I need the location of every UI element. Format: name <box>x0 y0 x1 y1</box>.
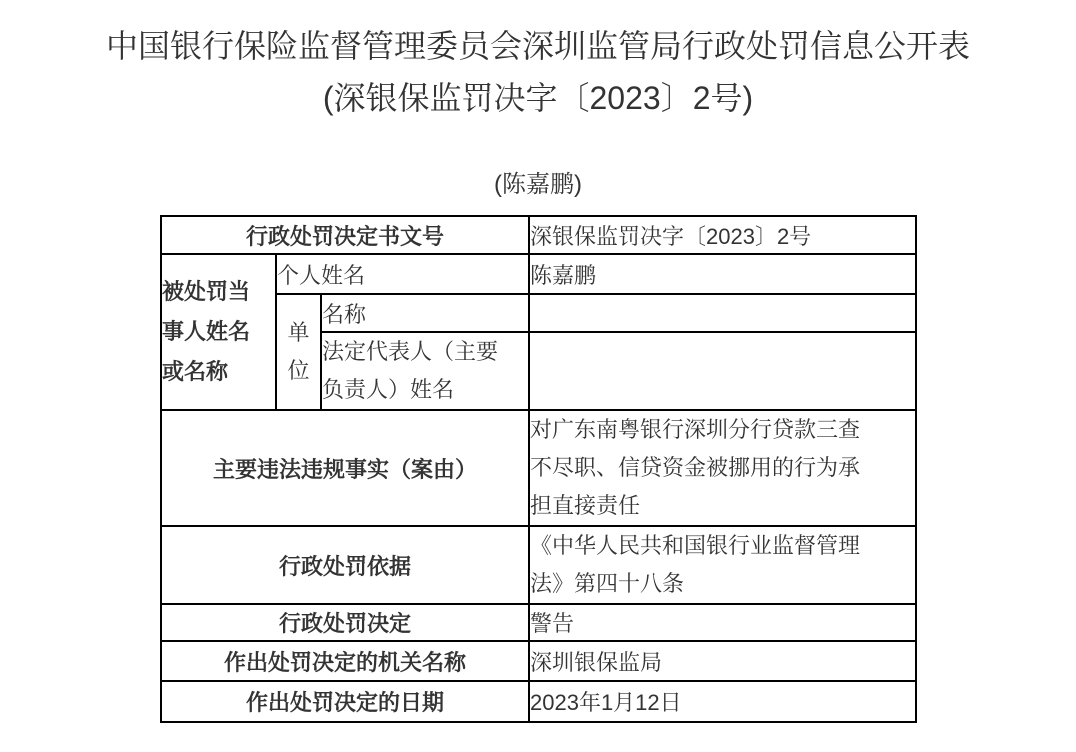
unit-name-label: 名称 <box>321 294 529 332</box>
document-title: 中国银行保险监督管理委员会深圳监管局行政处罚信息公开表 (深银保监罚决字〔202… <box>0 0 1076 124</box>
basis-label: 行政处罚依据 <box>161 526 529 604</box>
row-doc-number: 行政处罚决定书文号 深银保监罚决字〔2023〕2号 <box>161 216 916 254</box>
row-authority: 作出处罚决定的机关名称 深圳银保监局 <box>161 641 916 681</box>
decision-label: 行政处罚决定 <box>161 604 529 641</box>
decision-value: 警告 <box>529 604 916 641</box>
date-value: 2023年1月12日 <box>529 681 916 722</box>
party-label: 被处罚当 事人姓名 或名称 <box>161 254 276 410</box>
authority-label: 作出处罚决定的机关名称 <box>161 641 529 681</box>
penalty-table: 行政处罚决定书文号 深银保监罚决字〔2023〕2号 被处罚当 事人姓名 或名称 … <box>160 215 917 723</box>
basis-value: 《中华人民共和国银行业监督管理 法》第四十八条 <box>529 526 916 604</box>
date-label: 作出处罚决定的日期 <box>161 681 529 722</box>
personal-name-label: 个人姓名 <box>276 254 529 294</box>
authority-value: 深圳银保监局 <box>529 641 916 681</box>
unit-label: 单 位 <box>276 294 321 410</box>
document-title-line1: 中国银行保险监督管理委员会深圳监管局行政处罚信息公开表 <box>0 20 1076 72</box>
row-decision: 行政处罚决定 警告 <box>161 604 916 641</box>
row-basis: 行政处罚依据 《中华人民共和国银行业监督管理 法》第四十八条 <box>161 526 916 604</box>
violation-label: 主要违法违规事实（案由） <box>161 410 529 526</box>
document-title-line2: (深银保监罚决字〔2023〕2号) <box>0 72 1076 124</box>
violation-value: 对广东南粤银行深圳分行贷款三查 不尽职、信贷资金被挪用的行为承 担直接责任 <box>529 410 916 526</box>
personal-name-value: 陈嘉鹏 <box>529 254 916 294</box>
row-personal-name: 被处罚当 事人姓名 或名称 个人姓名 陈嘉鹏 <box>161 254 916 294</box>
unit-name-value <box>529 294 916 332</box>
legal-rep-value <box>529 332 916 410</box>
row-violation: 主要违法违规事实（案由） 对广东南粤银行深圳分行贷款三查 不尽职、信贷资金被挪用… <box>161 410 916 526</box>
doc-number-value: 深银保监罚决字〔2023〕2号 <box>529 216 916 254</box>
document-subtitle: (陈嘉鹏) <box>0 170 1076 200</box>
row-date: 作出处罚决定的日期 2023年1月12日 <box>161 681 916 722</box>
legal-rep-label: 法定代表人（主要 负责人）姓名 <box>321 332 529 410</box>
doc-number-label: 行政处罚决定书文号 <box>161 216 529 254</box>
penalty-disclosure-document: 中国银行保险监督管理委员会深圳监管局行政处罚信息公开表 (深银保监罚决字〔202… <box>0 0 1076 752</box>
